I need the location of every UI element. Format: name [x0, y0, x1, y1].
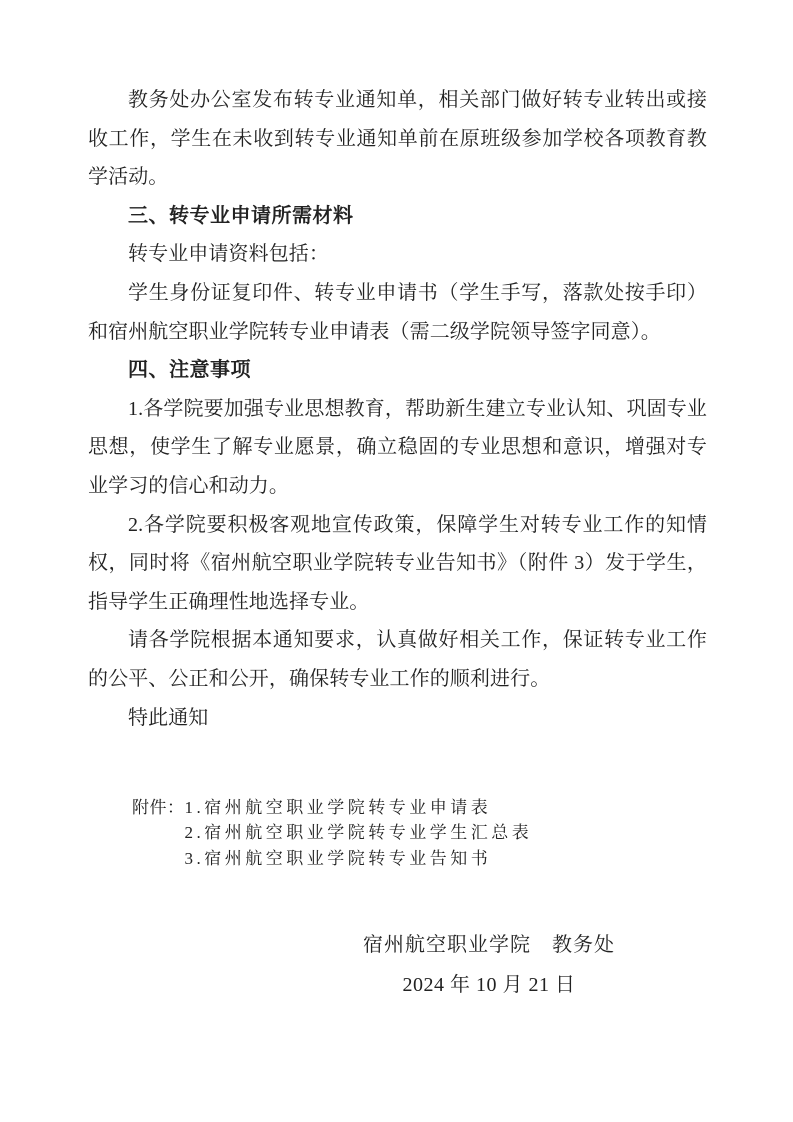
paragraph: 教务处办公室发布转专业通知单，相关部门做好转专业转出或接收工作，学生在未收到转专… — [88, 81, 707, 197]
paragraph: 学生身份证复印件、转专业申请书（学生手写，落款处按手印）和宿州航空职业学院转专业… — [88, 274, 707, 351]
attachments-block: 附件： 1.宿州航空职业学院转专业申请表2.宿州航空职业学院转专业学生汇总表3.… — [132, 795, 532, 871]
signature-date: 2024 年 10 月 21 日 — [338, 965, 640, 1005]
section-heading: 四、注意事项 — [88, 351, 707, 390]
attachment-item: 3.宿州航空职业学院转专业告知书 — [185, 846, 533, 871]
paragraph: 1.各学院要加强专业思想教育，帮助新生建立专业认知、巩固专业思想，使学生了解专业… — [88, 390, 707, 506]
attachments-label: 附件： — [132, 795, 185, 820]
section-heading: 三、转专业申请所需材料 — [88, 197, 707, 236]
attachment-item: 2.宿州航空职业学院转专业学生汇总表 — [185, 820, 533, 845]
paragraph: 请各学院根据本通知要求，认真做好相关工作，保证转专业工作的公平、公正和公开，确保… — [88, 621, 707, 698]
paragraph: 特此通知 — [88, 699, 707, 738]
signature-block: 宿州航空职业学院 教务处 2024 年 10 月 21 日 — [338, 925, 640, 1005]
document-body: 教务处办公室发布转专业通知单，相关部门做好转专业转出或接收工作，学生在未收到转专… — [88, 81, 707, 737]
signature-org: 宿州航空职业学院 教务处 — [338, 925, 640, 965]
attachment-item: 1.宿州航空职业学院转专业申请表 — [185, 795, 533, 820]
document-page: 教务处办公室发布转专业通知单，相关部门做好转专业转出或接收工作，学生在未收到转专… — [0, 0, 793, 1122]
paragraph: 2.各学院要积极客观地宣传政策，保障学生对转专业工作的知情权，同时将《宿州航空职… — [88, 506, 707, 622]
attachment-items: 1.宿州航空职业学院转专业申请表2.宿州航空职业学院转专业学生汇总表3.宿州航空… — [185, 795, 533, 871]
paragraph: 转专业申请资料包括： — [88, 235, 707, 274]
